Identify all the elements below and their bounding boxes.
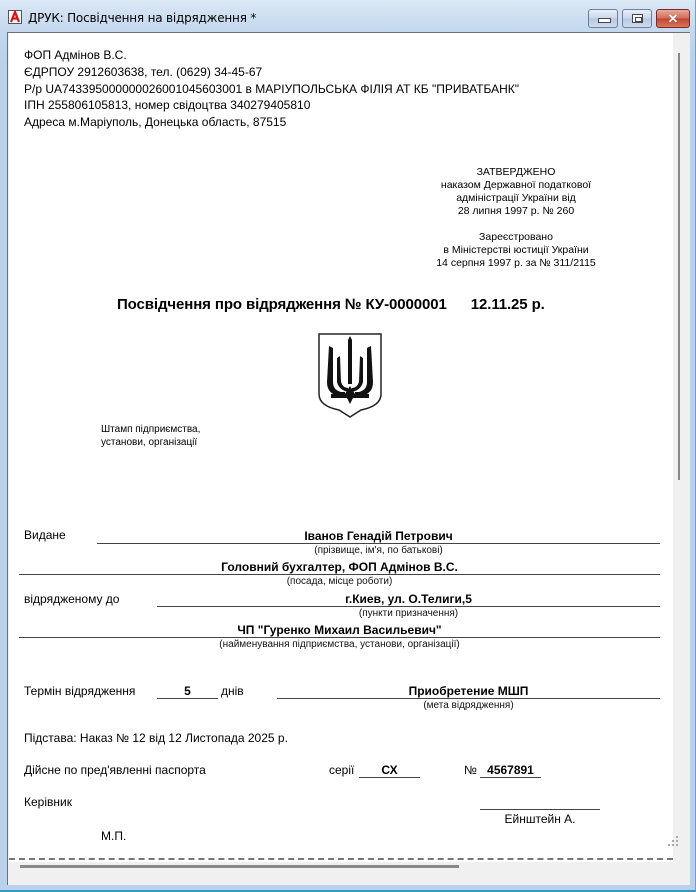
position-underline xyxy=(19,574,660,575)
stamp-placeholder: Штамп підприємства, установи, організаці… xyxy=(101,423,200,449)
minimize-button[interactable] xyxy=(588,9,618,28)
head-name: Ейнштейн А. xyxy=(480,812,600,826)
vertical-scrollbar[interactable] xyxy=(673,33,690,862)
series-value: СХ xyxy=(359,763,420,777)
destination-hint: (пункти призначення) xyxy=(157,608,660,619)
approval-block: ЗАТВЕРДЖЕНО наказом Державної податкової… xyxy=(416,166,616,218)
minimize-icon xyxy=(598,18,611,23)
purpose-underline xyxy=(277,698,660,699)
vertical-scroll-thumb[interactable] xyxy=(678,53,680,480)
term-value: 5 xyxy=(157,684,218,698)
company-address: Адреса м.Маріуполь, Донецька область, 87… xyxy=(24,114,519,131)
seal-label: М.П. xyxy=(101,829,126,843)
issued-hint: (прізвище, ім'я, по батькові) xyxy=(97,545,660,556)
organization-hint: (найменування підприємства, установи, ор… xyxy=(19,639,660,650)
coat-of-arms-ukraine-icon xyxy=(317,332,383,418)
title-bar[interactable]: ДРУК: Посвідчення на відрядження * ✕ xyxy=(0,0,696,33)
close-icon: ✕ xyxy=(657,10,689,27)
position-hint: (посада, місце роботи) xyxy=(19,576,660,587)
head-label: Керівник xyxy=(24,795,72,809)
close-button[interactable]: ✕ xyxy=(656,9,690,28)
registration-block: Зареєстровано в Міністерстві юстиції Укр… xyxy=(416,231,616,270)
number-label: № xyxy=(464,763,477,777)
page-break-line xyxy=(9,858,673,860)
registration-line: в Міністерстві юстиції України xyxy=(416,244,616,257)
stamp-line: Штамп підприємства, xyxy=(101,423,200,436)
company-account: Р/р UA743395000000026001045603001 в МАРІ… xyxy=(24,81,519,98)
series-underline xyxy=(359,777,420,778)
maximize-icon xyxy=(632,14,643,23)
preview-area: ФОП Адмінов В.С. ЄДРПОУ 2912603638, тел.… xyxy=(7,32,690,885)
document-page: ФОП Адмінов В.С. ЄДРПОУ 2912603638, тел.… xyxy=(9,33,673,862)
basis-text: Підстава: Наказ № 12 від 12 Листопада 20… xyxy=(24,731,288,745)
stamp-line: установи, організації xyxy=(101,436,200,449)
company-header: ФОП Адмінов В.С. ЄДРПОУ 2912603638, тел.… xyxy=(24,47,519,131)
print-preview-window: ДРУК: Посвідчення на відрядження * ✕ ФОП… xyxy=(0,0,696,892)
company-tax-id: ІПН 255806105813, номер свідоцтва 340279… xyxy=(24,97,519,114)
number-value: 4567891 xyxy=(480,763,541,777)
horizontal-scroll-thumb[interactable] xyxy=(20,865,459,868)
certificate-number: Посвідчення про відрядження № КУ-0000001 xyxy=(117,296,447,313)
window-title: ДРУК: Посвідчення на відрядження * xyxy=(28,11,256,25)
destination-underline xyxy=(157,606,660,607)
approval-line: адміністрації України від xyxy=(416,192,616,205)
destination-label: відрядженому до xyxy=(24,592,119,606)
registration-line: 14 серпня 1997 р. за № 311/2115 xyxy=(416,257,616,270)
series-label: серії xyxy=(329,763,354,777)
company-edrpou: ЄДРПОУ 2912603638, тел. (0629) 34-45-67 xyxy=(24,64,519,81)
resize-grip-icon[interactable] xyxy=(668,836,678,846)
number-underline xyxy=(480,777,541,778)
issued-value: Іванов Генадій Петрович xyxy=(97,529,660,543)
approval-line: наказом Державної податкової xyxy=(416,179,616,192)
document-title: Посвідчення про відрядження № КУ-0000001… xyxy=(117,296,545,313)
position-value: Головний бухгалтер, ФОП Адмінов В.С. xyxy=(19,560,660,574)
passport-label: Дійсне по пред'явленні паспорта xyxy=(24,763,206,777)
horizontal-scrollbar[interactable] xyxy=(8,862,673,885)
company-name: ФОП Адмінов В.С. xyxy=(24,47,519,64)
pdf-print-icon xyxy=(8,10,22,24)
term-label: Термін відрядження xyxy=(24,684,135,698)
purpose-value: Приобретение МШП xyxy=(277,684,660,698)
organization-underline xyxy=(19,637,660,638)
issued-underline xyxy=(97,543,660,544)
certificate-date: 12.11.25 р. xyxy=(471,296,545,313)
signature-line xyxy=(480,809,600,810)
purpose-hint: (мета відрядження) xyxy=(277,700,660,711)
destination-value: г.Киев, ул. О.Телиги,5 xyxy=(157,592,660,606)
organization-value: ЧП "Гуренко Михаил Васильевич" xyxy=(19,623,660,637)
maximize-button[interactable] xyxy=(622,9,652,28)
issued-label: Видане xyxy=(24,528,66,542)
approval-line: 28 липня 1997 р. № 260 xyxy=(416,205,616,218)
approval-line: ЗАТВЕРДЖЕНО xyxy=(416,166,616,179)
term-underline xyxy=(157,698,218,699)
term-unit: днів xyxy=(221,684,244,698)
registration-line: Зареєстровано xyxy=(416,231,616,244)
